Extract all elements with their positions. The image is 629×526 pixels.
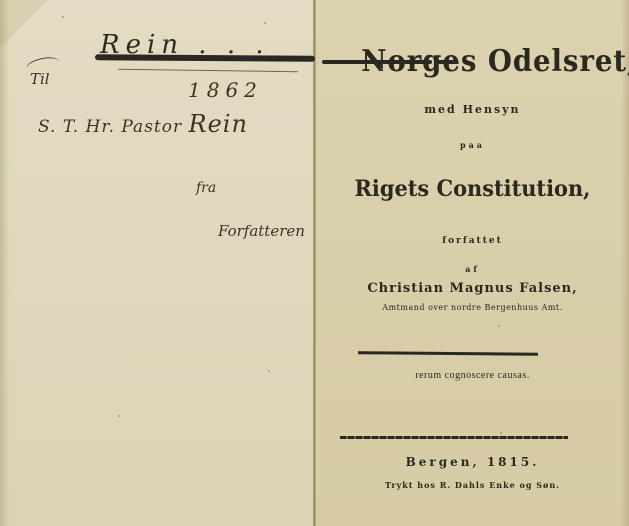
recipient-prefix: S. T. Hr. Pastor bbox=[38, 117, 182, 137]
subtitle-paa: paa bbox=[316, 140, 629, 150]
motto: rerum cognoscere causas. bbox=[316, 370, 629, 381]
by-label: af bbox=[316, 264, 629, 274]
author-office: Amtmand over nordre Bergenhuus Amt. bbox=[316, 303, 629, 312]
subtitle-constitution: Rigets Constitution, bbox=[324, 176, 621, 202]
recipient-name: Rein bbox=[189, 110, 248, 138]
left-edge-shadow bbox=[0, 0, 10, 526]
inscription-til: Til bbox=[30, 70, 50, 88]
subtitle-med-hensyn: med Hensyn bbox=[316, 103, 629, 116]
inscription-year: 1862 bbox=[188, 78, 263, 102]
book-spread: Rein . . . Til 1862 S. T. Hr. Pastor Rei… bbox=[0, 0, 629, 526]
title-strikethrough-2 bbox=[437, 60, 457, 64]
foxing-speck bbox=[264, 22, 266, 24]
inscription-recipient: S. T. Hr. Pastor Rein bbox=[38, 110, 248, 138]
foxing-speck bbox=[500, 432, 502, 434]
title-word-2: Odelsret, bbox=[488, 44, 629, 79]
title-strikethrough bbox=[322, 60, 432, 64]
imprint-place-year: Bergen, 1815. bbox=[316, 455, 629, 469]
printer-line: Trykt hos R. Dahls Enke og Søn. bbox=[316, 480, 629, 490]
foxing-speck bbox=[268, 370, 270, 372]
inscription-fra: fra bbox=[196, 180, 216, 196]
ornamental-rule bbox=[340, 436, 568, 439]
foxing-speck bbox=[498, 325, 500, 327]
inscription-author: Forfatteren bbox=[218, 222, 305, 240]
authored-label: forfattet bbox=[316, 236, 629, 246]
author-name: Christian Magnus Falsen, bbox=[316, 281, 629, 296]
foxing-speck bbox=[380, 68, 382, 70]
book-gutter bbox=[313, 0, 316, 526]
foxing-speck bbox=[62, 16, 64, 18]
foxing-speck bbox=[118, 415, 120, 417]
